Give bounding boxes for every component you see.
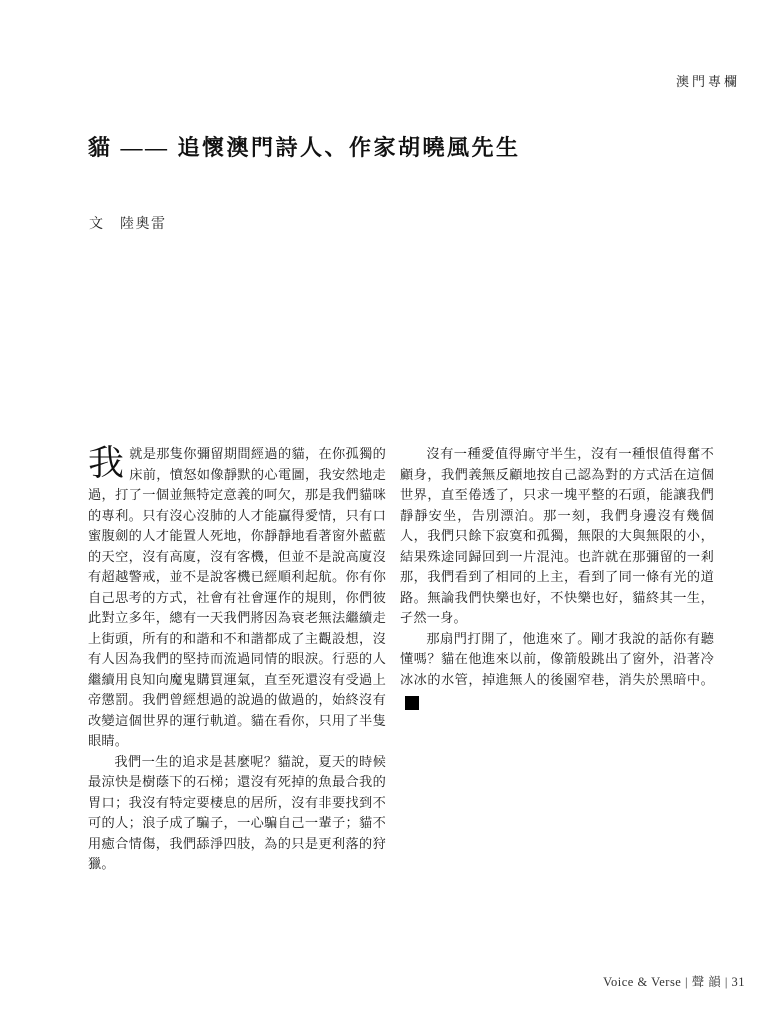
- section-label: 澳門專欄: [676, 71, 740, 90]
- paragraph-text: 就是那隻你彌留期間經過的貓，在你孤獨的床前，憤怒如像靜默的心電圖，我安然地走過，…: [88, 446, 386, 748]
- left-column: 我就是那隻你彌留期間經過的貓，在你孤獨的床前，憤怒如像靜默的心電圖，我安然地走過…: [88, 444, 386, 875]
- paragraph: 我就是那隻你彌留期間經過的貓，在你孤獨的床前，憤怒如像靜默的心電圖，我安然地走過…: [88, 444, 386, 752]
- article-title: 貓 —— 追懷澳門詩人、作家胡曉風先生: [88, 131, 521, 162]
- byline: 文 陸奧雷: [89, 213, 167, 233]
- paragraph: 那扇門打開了，他進來了。剛才我說的話你有聽懂嗎？貓在他進來以前，像箭般跳出了窗外…: [400, 629, 714, 711]
- article-body: 我就是那隻你彌留期間經過的貓，在你孤獨的床前，憤怒如像靜默的心電圖，我安然地走過…: [88, 444, 714, 875]
- drop-cap: 我: [88, 444, 129, 482]
- end-of-article-marker: v: [405, 696, 419, 710]
- paragraph: 我們一生的追求是甚麼呢？貓說，夏天的時候最涼快是樹蔭下的石梯；還沒有死掉的魚最合…: [88, 752, 386, 875]
- magazine-page: 澳門專欄 貓 —— 追懷澳門詩人、作家胡曉風先生 文 陸奧雷 我就是那隻你彌留期…: [0, 0, 782, 1023]
- right-column: 沒有一種愛值得廝守半生，沒有一種恨值得奮不顧身，我們義無反顧地按自己認為對的方式…: [400, 444, 714, 875]
- page-footer: Voice & Verse | 聲 韻 | 31: [603, 972, 745, 990]
- paragraph-text: 那扇門打開了，他進來了。剛才我說的話你有聽懂嗎？貓在他進來以前，像箭般跳出了窗外…: [400, 631, 714, 687]
- paragraph: 沒有一種愛值得廝守半生，沒有一種恨值得奮不顧身，我們義無反顧地按自己認為對的方式…: [400, 444, 714, 629]
